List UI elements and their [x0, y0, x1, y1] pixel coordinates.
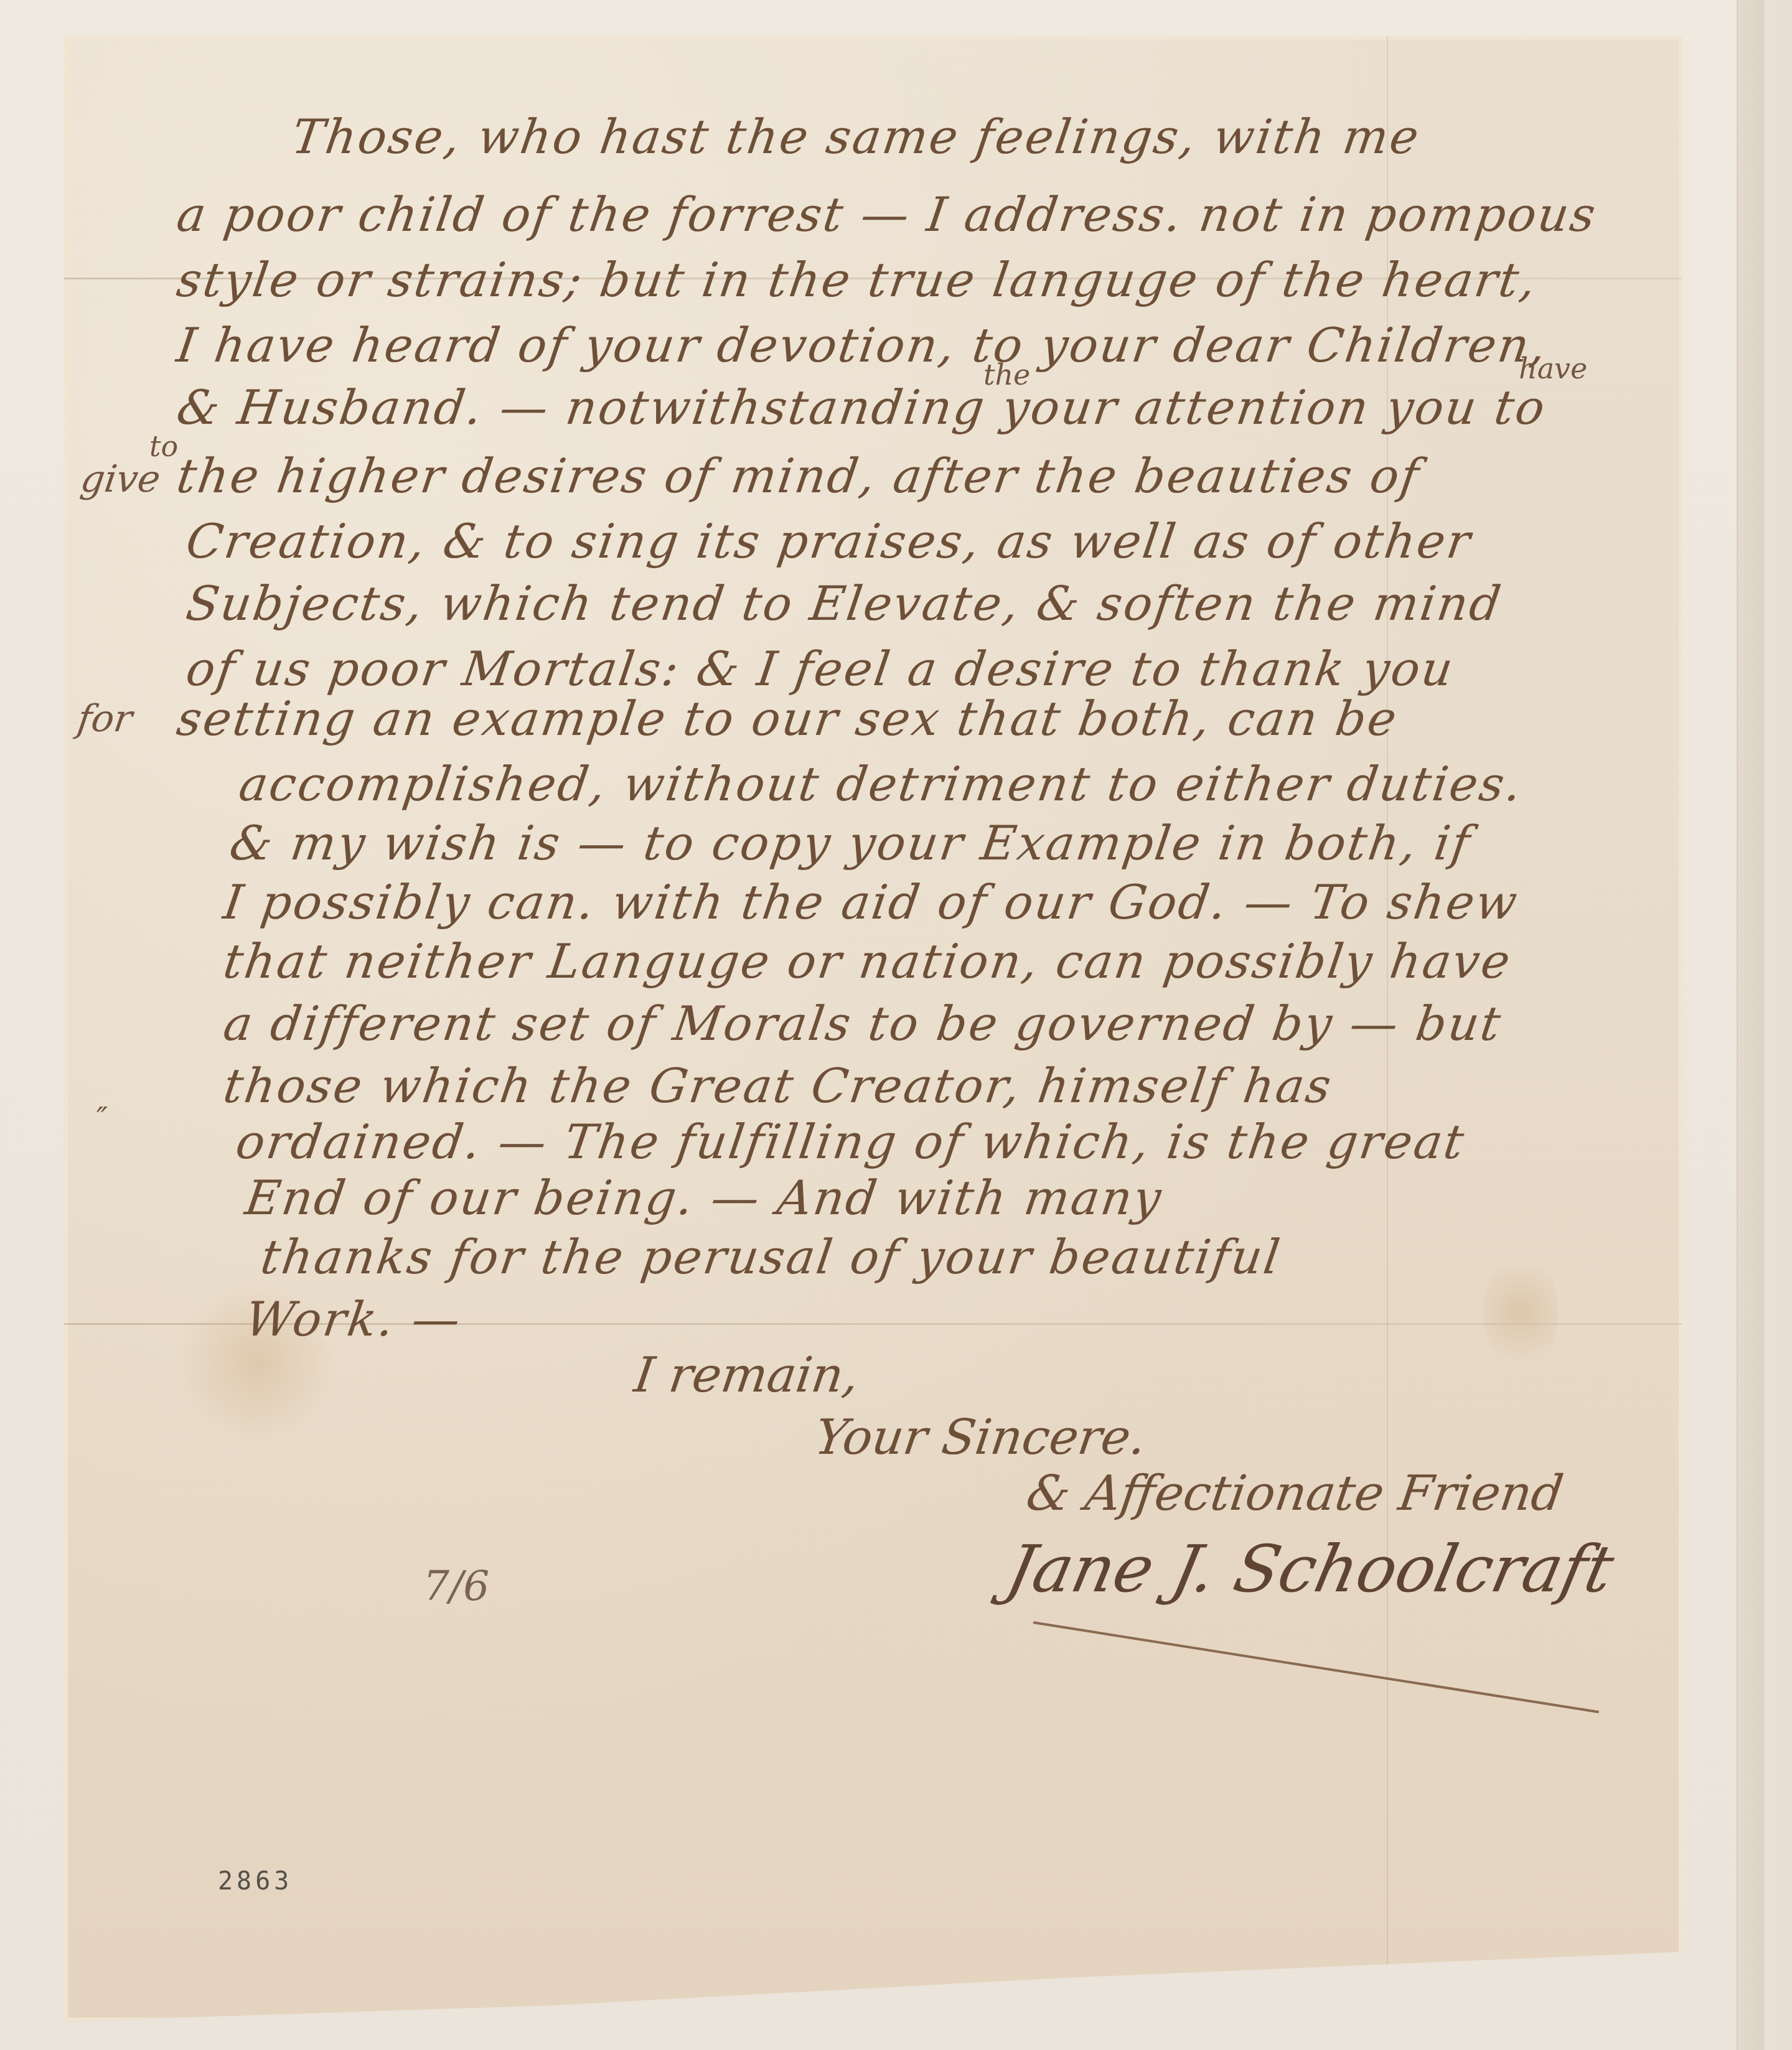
letter-line: the higher desires of mind, after the be… — [174, 448, 1424, 503]
letter-line: & Husband. — notwithstanding your attent… — [174, 380, 1550, 435]
letter-line: thanks for the perusal of your beautiful — [258, 1229, 1285, 1285]
letter-line: style or strains; but in the true langug… — [174, 252, 1541, 307]
letter-line: & my wish is — to copy your Example in b… — [227, 815, 1475, 871]
letter-line: setting an example to our sex that both,… — [174, 691, 1402, 746]
letter-line: I possibly can. with the aid of our God.… — [220, 874, 1522, 930]
closing-your-sincere: Your Sincere. — [812, 1410, 1150, 1466]
pencil-annotation: 7/6 — [423, 1562, 489, 1610]
letter-line: a different set of Morals to be governed… — [220, 996, 1506, 1051]
letter-line: a poor child of the forrest — I address.… — [174, 187, 1601, 242]
margin-mark: ″ — [96, 1102, 108, 1136]
insertion-have: have — [1519, 352, 1587, 385]
signature: Jane J. Schoolcraft — [1000, 1531, 1620, 1607]
letter-line: I have heard of your devotion, to your d… — [174, 317, 1552, 373]
letter-line: ordained. — The fulfilling of which, is … — [233, 1114, 1469, 1169]
letter-body: Those, who hast the same feelings, with … — [0, 0, 1792, 2050]
margin-note-give: give — [78, 457, 163, 501]
letter-line: Those, who hast the same feelings, with … — [289, 109, 1424, 164]
letter-line: accomplished, without detriment to eithe… — [236, 756, 1527, 812]
insertion-the: the — [983, 358, 1030, 391]
margin-note-for: for — [75, 697, 135, 741]
letter-line: End of our being. — And with many — [242, 1170, 1166, 1225]
letter-line: Creation, & to sing its praises, as well… — [183, 513, 1476, 569]
catalog-number: 2863 — [218, 1867, 293, 1896]
closing-i-remain: I remain, — [631, 1347, 863, 1403]
letter-line: those which the Great Creator, himself h… — [220, 1058, 1336, 1113]
closing-affectionate-friend: & Affectionate Friend — [1023, 1466, 1567, 1522]
letter-line: Subjects, which tend to Elevate, & softe… — [183, 576, 1506, 631]
letter-line: of us poor Mortals: & I feel a desire to… — [183, 641, 1458, 696]
signature-underline — [1033, 1621, 1599, 1713]
letter-line: that neither Languge or nation, can poss… — [220, 934, 1516, 989]
letter-line: Work. — — [242, 1291, 466, 1347]
